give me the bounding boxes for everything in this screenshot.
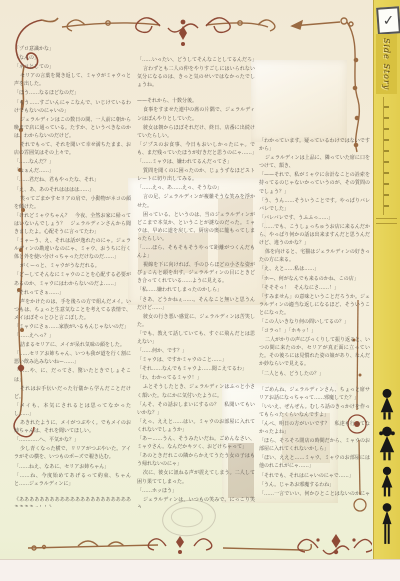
paragraph: 「さあ、どうかねぇ……。そんなこと無いと思うんだけど……」 xyxy=(137,296,255,312)
paragraph: 「うん。じゃあお邪魔するわね」 xyxy=(259,481,370,489)
page-bottom-margin xyxy=(0,559,400,581)
paragraph: 「んそ、その話おしまいにするの？ 私聞いてもいいかな？」 xyxy=(137,401,255,417)
paragraph: 「え、えと……私は……」 xyxy=(259,265,370,273)
paragraph: 「それでも、それはにゃいのにゃで……」 xyxy=(259,472,370,480)
watermark-illustration xyxy=(251,60,347,142)
side-story-label-band: Side Story xyxy=(376,34,397,94)
paragraph: ジェラルディンは上品に、隣っていた席に口をつけて、頷き、 xyxy=(259,154,370,170)
paragraph: 「……一言でいい、何かひとことはないのかにゃー……」 xyxy=(259,490,370,499)
book-page: 「プロ意識かな」「なんの」「ネコとしての」セリアの言葉を聞き返して、ミャウがミャ… xyxy=(0,0,400,581)
paragraph: ふとそうしたとき、ジェラルディンはふっと小さく頷いた。なにかに気付いたように。 xyxy=(137,383,255,399)
side-story-tab: ✓ Side Story xyxy=(373,0,400,559)
character-silhouettes xyxy=(376,388,398,548)
paragraph: 「……や、に、だってさ、驚いたときでしょそこは」 xyxy=(14,367,131,383)
paragraph: 次に、彼女に訊ねる声が震えてしまう。二人して困り果ててしまった。 xyxy=(137,469,255,485)
character-silhouette-2 xyxy=(378,426,396,464)
text-column-middle: 「……いったい、どうしてそんなことしてるんだろ」言わずとも二人の仲をやりすごしに… xyxy=(137,56,255,508)
paragraph: 「…………へ、平気かな？」 xyxy=(14,436,131,444)
paragraph: 困っている、というのは、当のジェラルディンがどこまで本気か、ということが謎なのだ… xyxy=(137,211,255,243)
paragraph: 「……えっ、あ……えっ、そうなの」 xyxy=(137,184,255,192)
paragraph: 「なんの」 xyxy=(14,54,131,62)
paragraph: 「……えへっ？」 xyxy=(14,332,131,340)
paragraph: 「ほい、ええと……ミャウ、ミャウのお部屋には他のれこれがにゃ……」 xyxy=(259,454,370,470)
paragraph: 「ごめんね、ジェラルディンさん、ちょっと席サリアお話になっちゃって……邪魔してた… xyxy=(259,386,370,402)
sidebar-index-rule xyxy=(383,97,389,215)
paragraph: 「なぁんだ……」 xyxy=(14,167,131,175)
paragraph: 「いいえ、ぜんぜん。むしろ話のきっかけを作ってもらったくらいなんですよ」 xyxy=(259,403,370,419)
paragraph xyxy=(259,379,370,385)
check-glyph: ✓ xyxy=(382,13,395,28)
paragraph: それでもって、それを聞いて幸せ満ちたまま、お店の雰囲気はその上々で。 xyxy=(14,141,131,157)
paragraph: 体を向けると、宅猫はジェラルディンの好きったの方に来る。 xyxy=(259,248,370,264)
paragraph: 「ネコとしての」 xyxy=(14,63,131,71)
paragraph: がくーっと、ミャウがうなだれる。 xyxy=(14,262,131,270)
paragraph: 「私……嫌われてしまったのかしら」 xyxy=(137,286,255,294)
paragraph: 「ミャーう、え、それは話が逸れたのにゃ。ジェラルディンの勘違いなのにゃ、ミャウ、… xyxy=(14,237,131,261)
paragraph: 「それってさぁ……」 xyxy=(14,289,131,297)
paragraph: 「……セリアお姉ちゃん、いつも我が道を行く割に悪い飲み込みないねー……」 xyxy=(14,350,131,366)
character-silhouette-3 xyxy=(378,466,396,500)
paragraph: 視線を下に向ければ、手のひらほどの小さな姿がぴょこんと頭を出す。ジェラルディンの… xyxy=(137,261,255,285)
paragraph: 「すみません」の意味ということだろうか。ジェラルディンの適当な返しになるほど、そ… xyxy=(259,293,370,317)
character-silhouette-4 xyxy=(378,502,396,548)
paragraph: 「……ねえ、なあに、セリアお姉ちゃん」 xyxy=(14,463,131,471)
paragraph: 「……ほら、そもそもそうやって距離がつくんだもんよ」 xyxy=(137,244,255,260)
paragraph: 詰まるセリアに、メイが呆れ気味の顔をした。 xyxy=(14,341,131,349)
paragraph: 「ミャウは、ですかミャウのこと……」 xyxy=(137,356,255,364)
side-story-label: Side Story xyxy=(382,38,391,90)
paragraph: 彼女の行き悪い感覚に、ジェラルディンは苦笑した。 xyxy=(137,313,255,329)
paragraph: 「でも、教えて話していても、すぐに飛んだとは思えない」 xyxy=(137,330,255,346)
paragraph: ジェラルディンは、いつもの笑みで、にっこり笑う。 xyxy=(137,496,255,508)
paragraph: 「う、うん……そういうことです。やっぱりバレバレでした」 xyxy=(259,197,370,213)
paragraph: 「んぺ、明日の方がいいです？ 私達も行ってなかったよね」 xyxy=(259,420,370,436)
paragraph: 「……でも、こうしょっちゅうお店に来るんだから、やっぱり何かの話は出来ますんだと… xyxy=(259,223,370,247)
paragraph: 「ミャウにさぁ……家族がいるもんじゃないのだ」 xyxy=(14,323,131,331)
paragraph: 「ほら、そろそろ閉店の時間だから、ミャウのお部屋に入れてくれないかしら」 xyxy=(259,437,370,453)
paragraph: 「あー……うん、そうみたいだね。ごめんなさい、ミャウさん。なんだかキツく、おどけ… xyxy=(137,435,255,451)
paragraph: 「……ミャウは、嫌われてるんだってさ」 xyxy=(137,158,255,166)
paragraph: 「この人いきなり何の問いしてるの？」 xyxy=(259,318,370,326)
paragraph: 「けれどミャウちゃん？ 今夜、全然お家に帰ってはいないんでしょう？ ジェラルディ… xyxy=(14,212,131,236)
paragraph: 「……いったい、どうしてそんなことしてるんだろ」 xyxy=(137,56,255,64)
text-column-left: 「プロ意識かな」「なんの」「ネコとしての」セリアの言葉を聞き返して、ミャウがミャ… xyxy=(14,45,131,507)
paragraph: 「……ホッほう」 xyxy=(137,487,255,495)
paragraph: 「そそそっ！ そんなにさ……！」 xyxy=(259,284,370,292)
paragraph: 「二人とも、どうしたの？」 xyxy=(259,370,370,378)
paragraph: 彼女は朝からほぼそれだけ、終日、店番に出続けていたらしい。 xyxy=(137,124,255,140)
paragraph: 「バレバレです、うふふっ……」 xyxy=(259,214,370,222)
paragraph: 二人がかりの声にびっくりして振り返ると、いつの間に来たのか、セリアが真正面に立っ… xyxy=(259,336,370,368)
paragraph: 「プロ意識かな」 xyxy=(14,45,131,53)
paragraph: ——それから、十数分後。 xyxy=(137,97,255,105)
paragraph: 《ああああああああああああああああああああああああああッ！！》 xyxy=(14,496,131,507)
text-column-right: 「わかっています。疑っているわけではないですから」ジェラルディンは上品に、隣って… xyxy=(259,137,370,499)
sidebar-rule-end xyxy=(376,218,397,224)
paragraph: 質問を聞くのに困ったのか、じょうずなほどストレートに切り出してみる。 xyxy=(137,167,255,183)
paragraph: 「え、あ、あのそれはははは……」 xyxy=(14,186,131,194)
paragraph: 「どーしてそんなにミャウのことを心配する必要があるのか、ミャウにはわからないのだ… xyxy=(14,271,131,287)
paragraph: 「コラっ！」「ホキッ！」 xyxy=(259,327,370,335)
paragraph: セリアの言葉を聞き返して、ミャウがミャウっと声を出した。 xyxy=(14,72,131,88)
paragraph: 言わずとも二人の仲をやりすごしにはいられない気分になるのは、きっと気のせいではな… xyxy=(137,65,255,89)
paragraph: 「わかっています。疑っているわけではないですから」 xyxy=(259,137,370,153)
paragraph: 笑ってごまかすセリアの肩で、小動物がネコの顔を傾けた。 xyxy=(14,195,131,211)
paragraph: 「メイも、本気にされるとは思ってなかったし……」 xyxy=(14,402,131,418)
paragraph: 「……何か、です？」 xyxy=(137,347,255,355)
paragraph: 「もう……すごいんにゃこなんで、いじけているわけでもないのにゃいの」 xyxy=(14,99,131,115)
paragraph: 声をかけたのは、手を後ろの方で組んだメイ。いつもは、ちょっと生意気なことを考えて… xyxy=(14,298,131,322)
paragraph: 「それ……なんでもミャウよ……聞こえてるわ」 xyxy=(137,365,255,373)
paragraph: それはお手伝いだった行儀から学んだことだけど。 xyxy=(14,385,131,401)
paragraph: 食事をすませた連中の席の片隅で、ジェラルディンはぼんやりとしていた。 xyxy=(137,106,255,122)
paragraph: 「えっ、ええと……はい。ミャウのお部屋に入れてくれないでしょうか」 xyxy=(137,418,255,434)
paragraph: 「……君だね、君もやったな、それ」 xyxy=(14,176,131,184)
paragraph: 言の足、ジェラルディンが複雑そうな笑みを浮かせた。 xyxy=(137,193,255,209)
paragraph: あきれたように、メイがつぶやく。でもメイのお姉ちゃんは、それを聞いてほしい。 xyxy=(14,419,131,435)
paragraph xyxy=(14,489,131,495)
paragraph: 少し青くなった横で、リリアがつぶやいた。アイラがその横を、いつものポーズで覗き込… xyxy=(14,445,131,461)
paragraph: 「わ、わかってるミャウ！」 xyxy=(137,374,255,382)
paragraph: 「あのときだれこの隣からかえてうたう女の子はもう帰れないのにゃ」 xyxy=(137,452,255,468)
paragraph: 「ほう……なるほどなのだ」 xyxy=(14,89,131,97)
paragraph: ジェラルディンはこの数日の間、一人前に朝から晩まで店に通っている。たすか、という… xyxy=(14,116,131,140)
paragraph xyxy=(137,90,255,96)
paragraph: 「ホー、何がなんでも来るのかね、この店」 xyxy=(259,275,370,283)
character-silhouette-1 xyxy=(378,388,396,424)
checkbox-check-icon: ✓ xyxy=(376,6,400,35)
paragraph: 「——それで、私がミャウに余計なことの詮索を持ってるのじゃないかっていうのが、そ… xyxy=(259,171,370,195)
paragraph: 「……ね、今度始めてあげるって約束、ちゃんと……ジェラルディンに」 xyxy=(14,472,131,488)
paragraph: 「……なんだ？」 xyxy=(14,158,131,166)
paragraph: 「ジプスのお食事、今日もおいしかったにゃ。でも、まだ残っていたほうが好きだと思う… xyxy=(137,141,255,157)
